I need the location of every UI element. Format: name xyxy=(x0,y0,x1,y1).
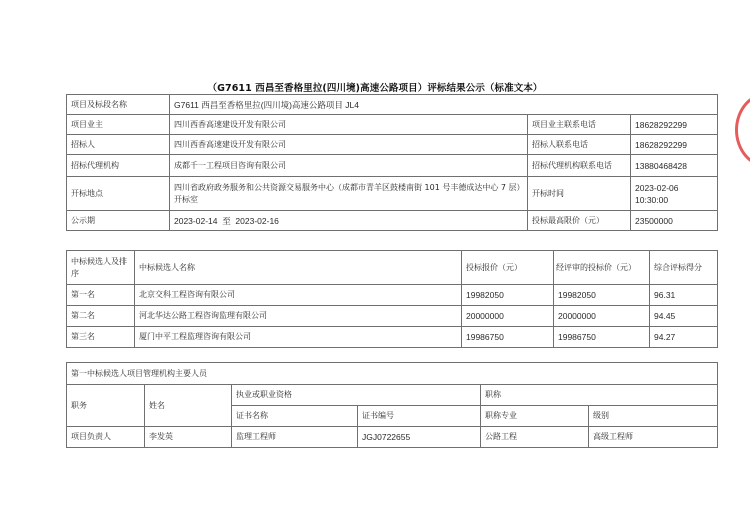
candidate-evaluated: 20000000 xyxy=(554,306,650,327)
document-title: （G7611 西昌至香格里拉(四川境)高速公路项目）评标结果公示（标准文本） xyxy=(0,80,750,94)
header-cert-name: 证书名称 xyxy=(232,406,358,427)
period-value: 2023-02-14 至 2023-02-16 xyxy=(170,211,528,231)
header-cert-no: 证书编号 xyxy=(358,406,481,427)
table-row: 招标代理机构 成都千一工程项目咨询有限公司 招标代理机构联系电话 1388046… xyxy=(67,155,718,177)
table-row: 第一名 北京交科工程咨询有限公司 19982050 19982050 96.31 xyxy=(67,285,718,306)
candidate-evaluated: 19986750 xyxy=(554,327,650,348)
tenderer-phone-value: 18628292299 xyxy=(631,135,718,155)
candidate-name: 河北华达公路工程咨询监理有限公司 xyxy=(135,306,462,327)
candidate-score: 94.27 xyxy=(650,327,718,348)
candidate-bid: 19986750 xyxy=(462,327,554,348)
person-title-major: 公路工程 xyxy=(481,427,589,448)
table-row: 公示期 2023-02-14 至 2023-02-16 投标最高限价（元） 23… xyxy=(67,211,718,231)
header-title-major: 职称专业 xyxy=(481,406,589,427)
project-name-label: 项目及标段名称 xyxy=(67,95,170,115)
open-time-date: 2023-02-06 xyxy=(635,182,713,194)
header-title-level: 级别 xyxy=(589,406,718,427)
header-name: 中标候选人名称 xyxy=(135,251,462,285)
owner-label: 项目业主 xyxy=(67,115,170,135)
candidate-score: 96.31 xyxy=(650,285,718,306)
header-qualification: 执业或职业资格 xyxy=(232,385,481,406)
candidate-score: 94.45 xyxy=(650,306,718,327)
candidate-bid: 19982050 xyxy=(462,285,554,306)
owner-phone-label: 项目业主联系电话 xyxy=(528,115,631,135)
candidate-name: 厦门中平工程监理咨询有限公司 xyxy=(135,327,462,348)
max-price-value: 23500000 xyxy=(631,211,718,231)
person-title-level: 高级工程师 xyxy=(589,427,718,448)
table-row: 招标人 四川西香高速建设开发有限公司 招标人联系电话 18628292299 xyxy=(67,135,718,155)
personnel-table: 第一中标候选人项目管理机构主要人员 职务 姓名 执业或职业资格 职称 证书名称 … xyxy=(66,362,718,448)
agency-phone-label: 招标代理机构联系电话 xyxy=(528,155,631,177)
tenderer-label: 招标人 xyxy=(67,135,170,155)
personnel-caption: 第一中标候选人项目管理机构主要人员 xyxy=(67,363,718,385)
header-rank: 中标候选人及排序 xyxy=(67,251,135,285)
table-row: 开标地点 四川省政府政务服务和公共资源交易服务中心（成都市青羊区鼓楼南街 101… xyxy=(67,177,718,211)
header-evaluated: 经评审的投标价（元） xyxy=(554,251,650,285)
open-time-value: 2023-02-06 10:30:00 xyxy=(631,177,718,211)
project-name-value: G7611 西昌至香格里拉(四川境)高速公路项目 JL4 xyxy=(170,95,718,115)
person-cert-no: JGJ0722655 xyxy=(358,427,481,448)
candidate-evaluated: 19982050 xyxy=(554,285,650,306)
location-value: 四川省政府政务服务和公共资源交易服务中心（成都市青羊区鼓楼南街 101 号丰德成… xyxy=(170,177,528,211)
person-name: 李发英 xyxy=(145,427,232,448)
header-person-name: 姓名 xyxy=(145,385,232,427)
header-bid: 投标报价（元） xyxy=(462,251,554,285)
agency-phone-value: 13880468428 xyxy=(631,155,718,177)
open-time-label: 开标时间 xyxy=(528,177,631,211)
tenderer-value: 四川西香高速建设开发有限公司 xyxy=(170,135,528,155)
table-row: 项目负责人 李发英 监理工程师 JGJ0722655 公路工程 高级工程师 xyxy=(67,427,718,448)
location-label: 开标地点 xyxy=(67,177,170,211)
period-label: 公示期 xyxy=(67,211,170,231)
max-price-label: 投标最高限价（元） xyxy=(528,211,631,231)
open-time-clock: 10:30:00 xyxy=(635,194,713,206)
person-cert-name: 监理工程师 xyxy=(232,427,358,448)
table-row: 项目及标段名称 G7611 西昌至香格里拉(四川境)高速公路项目 JL4 xyxy=(67,95,718,115)
header-position: 职务 xyxy=(67,385,145,427)
person-position: 项目负责人 xyxy=(67,427,145,448)
header-score: 综合评标得分 xyxy=(650,251,718,285)
candidate-name: 北京交科工程咨询有限公司 xyxy=(135,285,462,306)
agency-value: 成都千一工程项目咨询有限公司 xyxy=(170,155,528,177)
candidate-rank: 第三名 xyxy=(67,327,135,348)
owner-phone-value: 18628292299 xyxy=(631,115,718,135)
table-caption-row: 第一中标候选人项目管理机构主要人员 xyxy=(67,363,718,385)
table-row: 第二名 河北华达公路工程咨询监理有限公司 20000000 20000000 9… xyxy=(67,306,718,327)
table-header-row: 职务 姓名 执业或职业资格 职称 xyxy=(67,385,718,406)
owner-value: 四川西香高速建设开发有限公司 xyxy=(170,115,528,135)
table-row: 第三名 厦门中平工程监理咨询有限公司 19986750 19986750 94.… xyxy=(67,327,718,348)
red-seal-stamp-icon xyxy=(735,92,750,168)
table-row: 项目业主 四川西香高速建设开发有限公司 项目业主联系电话 18628292299 xyxy=(67,115,718,135)
agency-label: 招标代理机构 xyxy=(67,155,170,177)
tenderer-phone-label: 招标人联系电话 xyxy=(528,135,631,155)
candidates-table: 中标候选人及排序 中标候选人名称 投标报价（元） 经评审的投标价（元） 综合评标… xyxy=(66,250,718,348)
candidate-rank: 第二名 xyxy=(67,306,135,327)
header-title: 职称 xyxy=(481,385,718,406)
candidate-bid: 20000000 xyxy=(462,306,554,327)
table-header-row: 中标候选人及排序 中标候选人名称 投标报价（元） 经评审的投标价（元） 综合评标… xyxy=(67,251,718,285)
project-info-table: 项目及标段名称 G7611 西昌至香格里拉(四川境)高速公路项目 JL4 项目业… xyxy=(66,94,718,231)
candidate-rank: 第一名 xyxy=(67,285,135,306)
